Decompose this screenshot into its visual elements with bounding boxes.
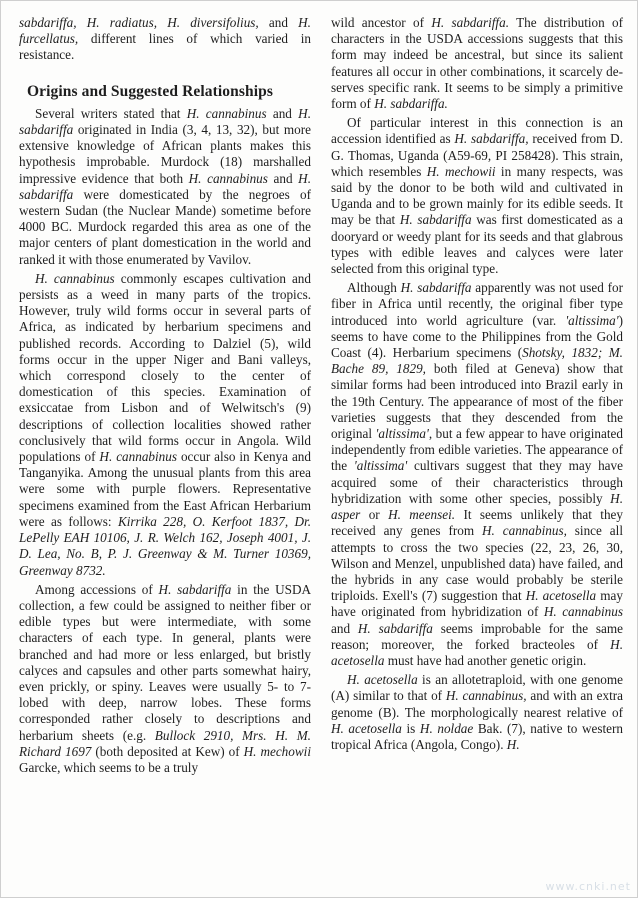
paragraph-usda-accessions: Among accessions of H. sabdariffa in the… (19, 582, 311, 776)
paragraph-wild-ancestor: wild ancestor of H. sabdariffa. The dist… (331, 15, 623, 112)
left-column: sabdariffa, H. radiatus, H. diversifoliu… (19, 15, 311, 776)
paragraph-wild-forms: H. cannabinus commonly escapes cultiva­t… (19, 271, 311, 579)
section-heading: Origins and Suggested Relationships (27, 84, 311, 100)
watermark: www.cnki.net (546, 880, 631, 893)
paragraph-origins-india: Several writers stated that H. cannabinu… (19, 106, 311, 268)
continuation-paragraph: sabdariffa, H. radiatus, H. diversifoliu… (19, 15, 311, 64)
document-page: sabdariffa, H. radiatus, H. diversifoliu… (0, 0, 638, 898)
paragraph-uganda-accession: Of particular interest in this connectio… (331, 115, 623, 277)
right-column: wild ancestor of H. sabdariffa. The dist… (331, 15, 623, 753)
paragraph-altissima: Although H. sabdariffa apparently was no… (331, 280, 623, 669)
paragraph-allotetraploid: H. acetosella is an allotetraploid, with… (331, 672, 623, 753)
